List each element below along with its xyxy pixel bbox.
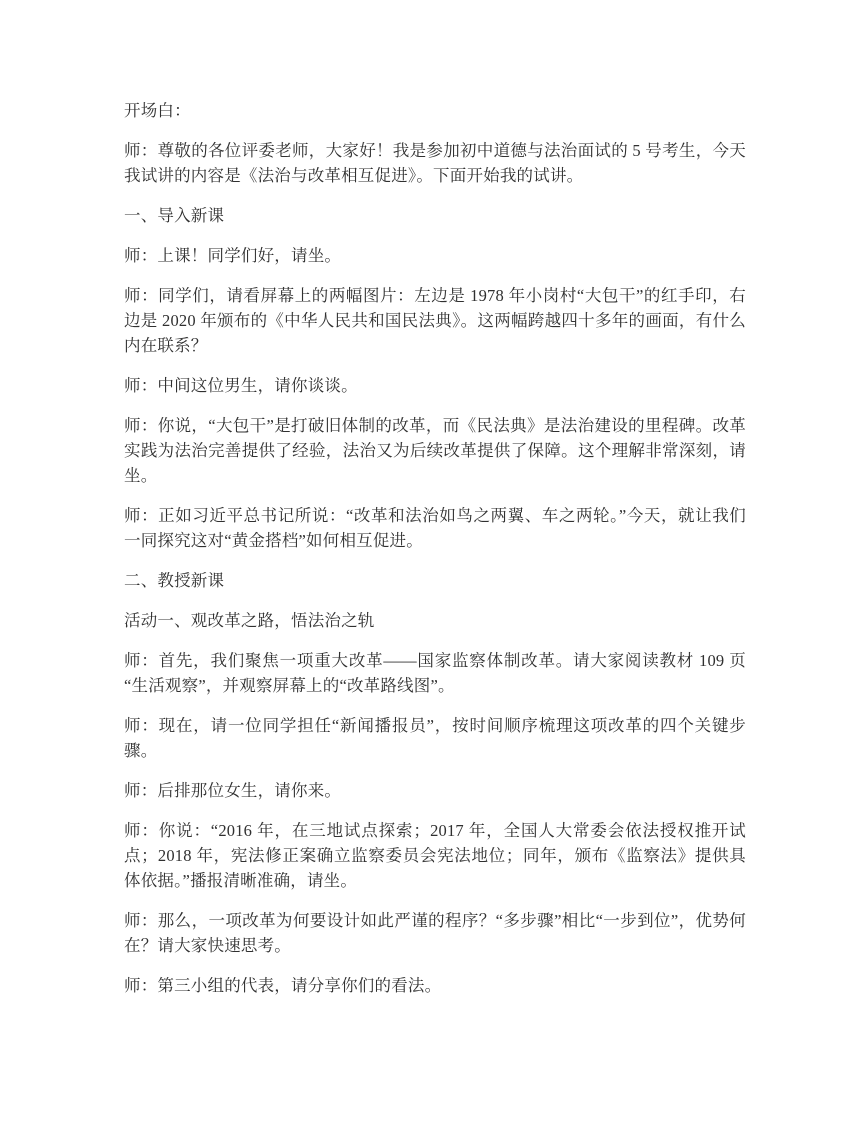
teacher-dialogue-line: 师：现在，请一位同学担任“新闻播报员”，按时间顺序梳理这项改革的四个关键步骤。 [124, 713, 746, 763]
teacher-dialogue-line: 师：你说：“2016 年，在三地试点探索；2017 年，全国人大常委会依法授权推… [124, 818, 746, 893]
teacher-dialogue-line: 师：中间这位男生，请你谈谈。 [124, 373, 746, 398]
teacher-dialogue-line: 师：那么，一项改革为何要设计如此严谨的程序？“多步骤”相比“一步到位”，优势何在… [124, 908, 746, 958]
document-page: 开场白： 师：尊敬的各位评委老师，大家好！我是参加初中道德与法治面试的 5 号考… [0, 0, 866, 1122]
opening-heading: 开场白： [124, 98, 746, 123]
teacher-dialogue-line: 师：同学们，请看屏幕上的两幅图片：左边是 1978 年小岗村“大包干”的红手印，… [124, 283, 746, 358]
teacher-dialogue-line: 师：上课！同学们好，请坐。 [124, 243, 746, 268]
document-body: 开场白： 师：尊敬的各位评委老师，大家好！我是参加初中道德与法治面试的 5 号考… [124, 98, 746, 998]
teacher-dialogue-line: 师：第三小组的代表，请分享你们的看法。 [124, 973, 746, 998]
section-heading-new-lesson: 二、教授新课 [124, 568, 746, 593]
teacher-dialogue-line: 师：正如习近平总书记所说：“改革和法治如鸟之两翼、车之两轮。”今天，就让我们一同… [124, 503, 746, 553]
section-heading-lead-in: 一、导入新课 [124, 203, 746, 228]
activity-heading: 活动一、观改革之路，悟法治之轨 [124, 608, 746, 633]
teacher-dialogue-line: 师：你说，“大包干”是打破旧体制的改革，而《民法典》是法治建设的里程碑。改革实践… [124, 413, 746, 488]
teacher-intro-line: 师：尊敬的各位评委老师，大家好！我是参加初中道德与法治面试的 5 号考生，今天我… [124, 138, 746, 188]
teacher-dialogue-line: 师：后排那位女生，请你来。 [124, 778, 746, 803]
teacher-dialogue-line: 师：首先，我们聚焦一项重大改革——国家监察体制改革。请大家阅读教材 109 页“… [124, 648, 746, 698]
